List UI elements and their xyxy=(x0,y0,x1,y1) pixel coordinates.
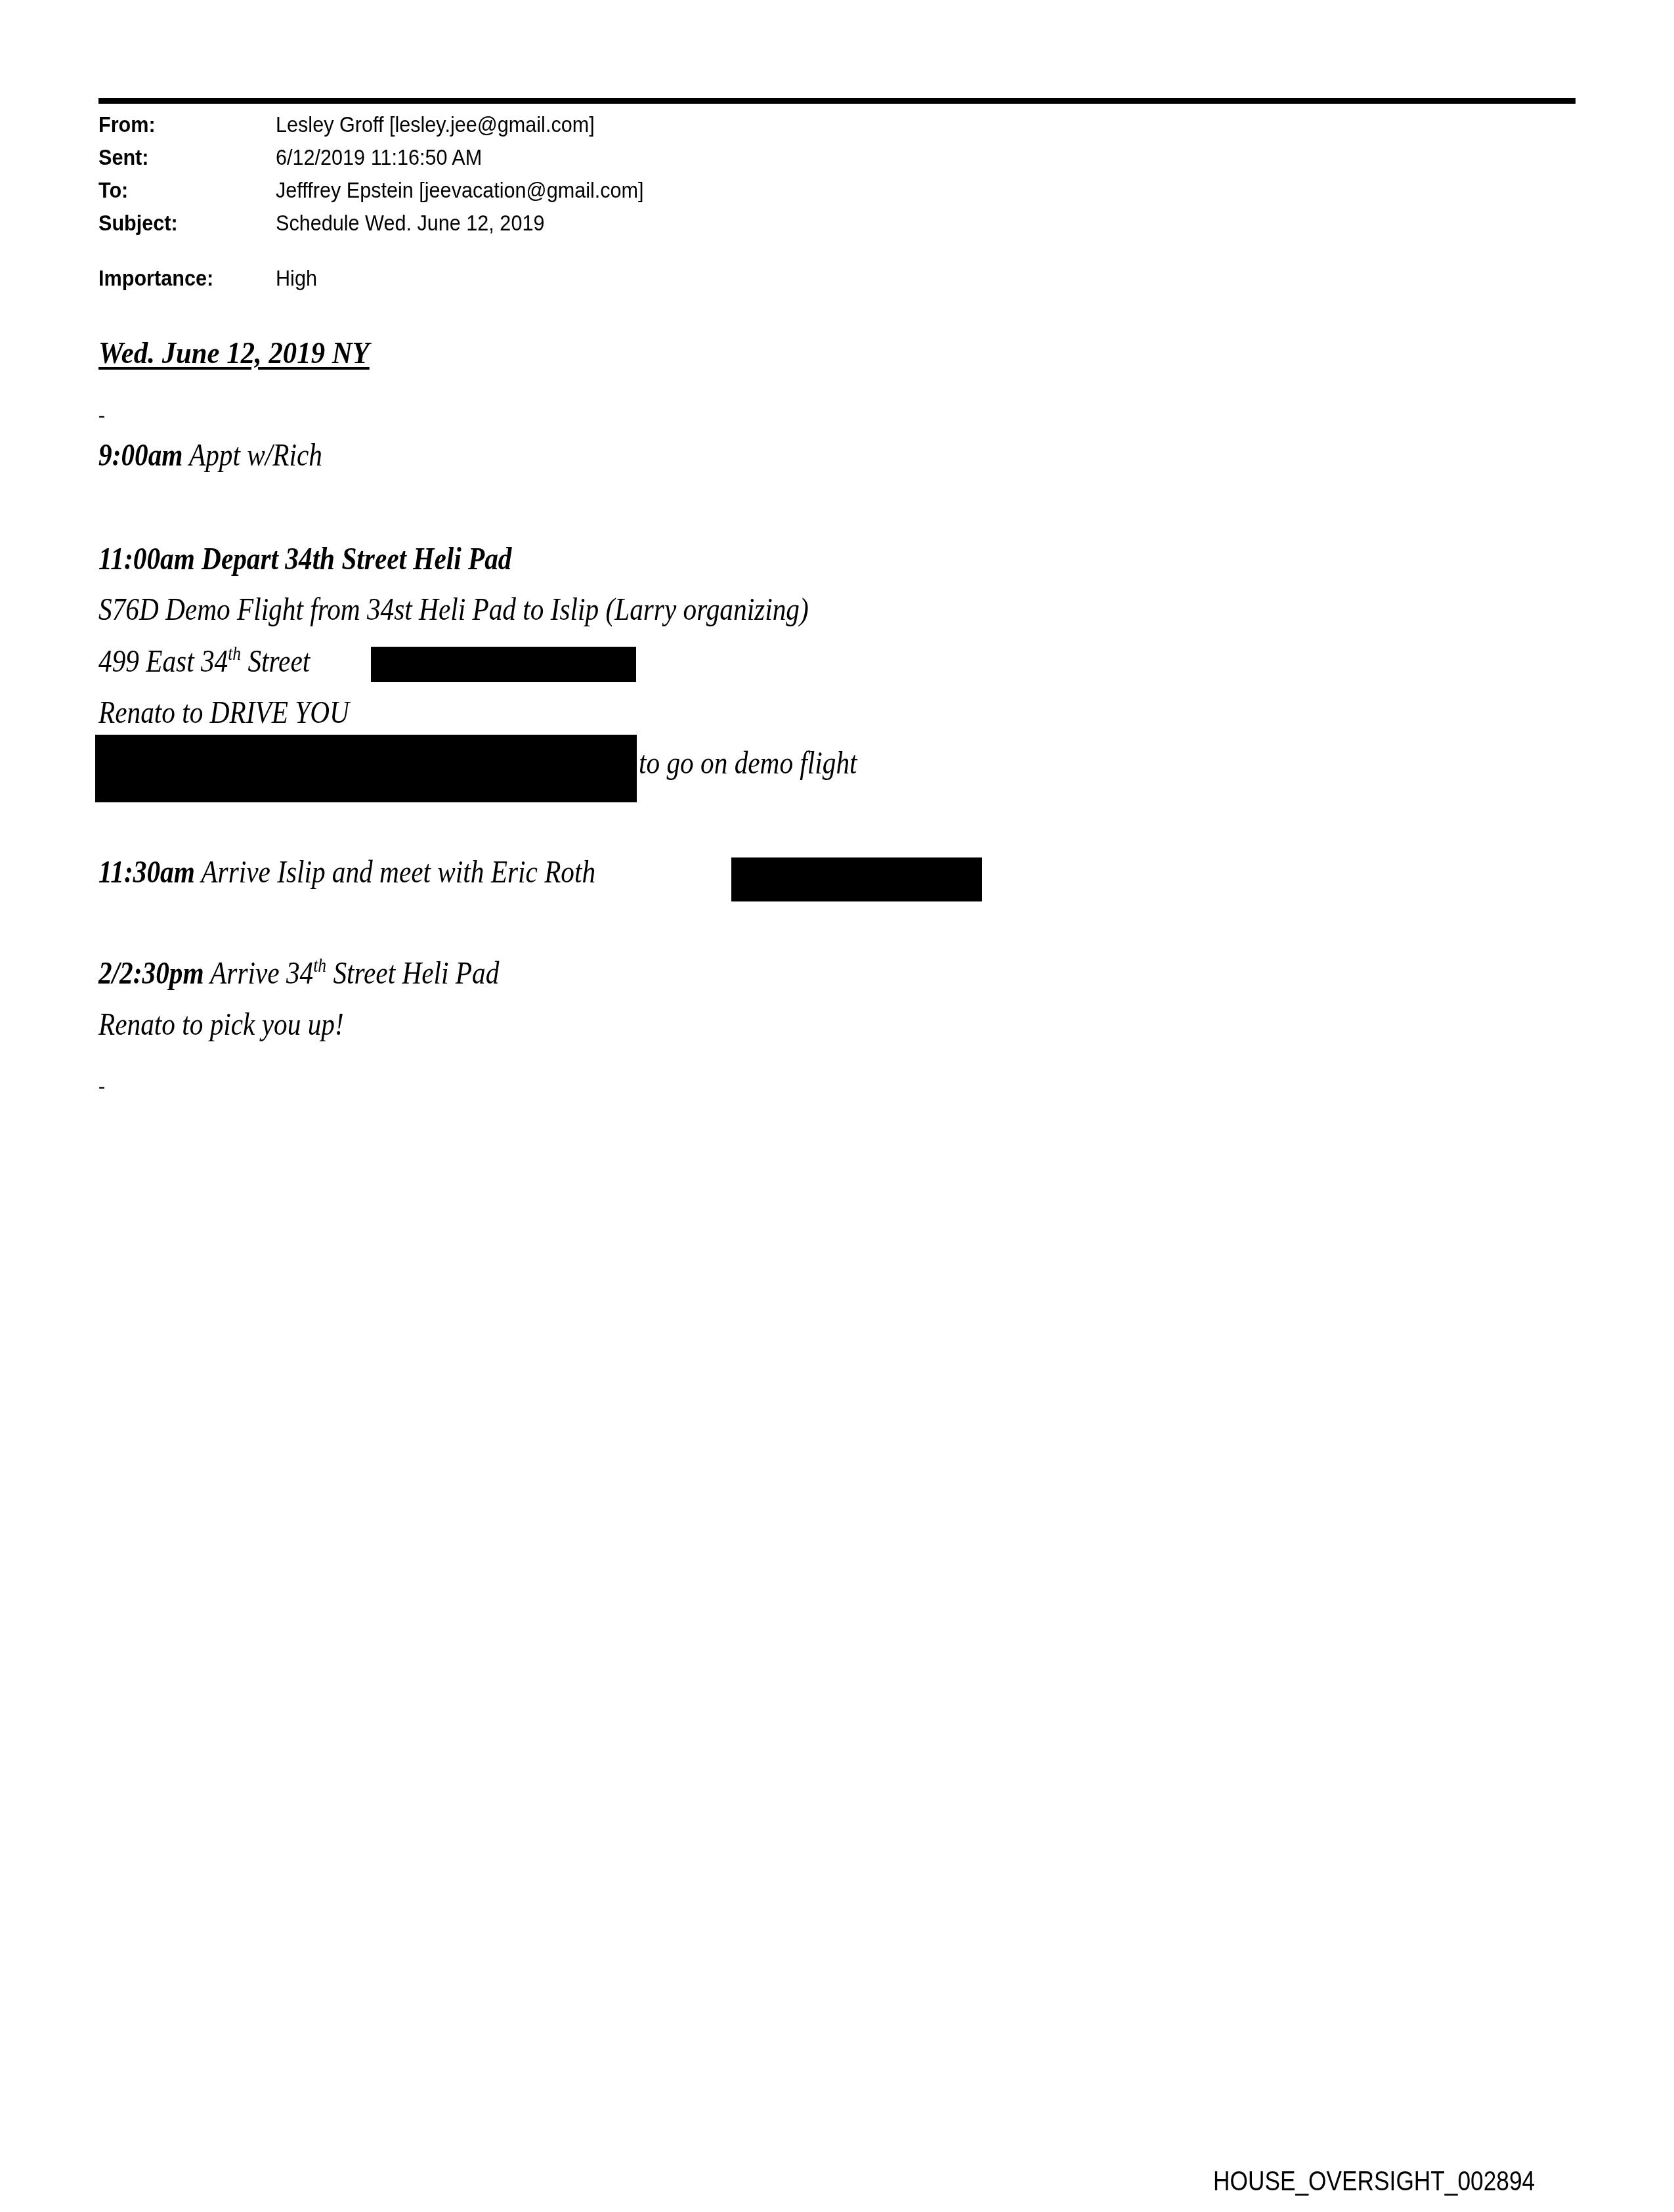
demo-flight-line: to go on demo flight xyxy=(639,745,857,782)
ordinal-suffix: th xyxy=(313,955,326,976)
redaction-block xyxy=(731,857,982,901)
bates-number: HOUSE_OVERSIGHT_002894 xyxy=(1213,2165,1535,2197)
ordinal-suffix: th xyxy=(228,643,241,664)
from-value: Lesley Groff [lesley.jee@gmail.com] xyxy=(276,112,595,138)
schedule-heading: Wed. June 12, 2019 NY xyxy=(98,335,370,372)
schedule-text: Depart 34th Street Heli Pad xyxy=(195,542,512,576)
schedule-item-1430: 2/2:30pm Arrive 34th Street Heli Pad xyxy=(98,955,499,992)
to-value: Jefffrey Epstein [jeevacation@gmail.com] xyxy=(276,177,644,204)
driver-line: Renato to DRIVE YOU xyxy=(98,695,349,731)
address-text-suffix: Street xyxy=(241,644,310,679)
subject-label: Subject: xyxy=(98,210,178,236)
pickup-line: Renato to pick you up! xyxy=(98,1007,344,1043)
schedule-item-1130: 11:30am Arrive Islip and meet with Eric … xyxy=(98,854,595,891)
to-label: To: xyxy=(98,177,128,204)
sent-value: 6/12/2019 11:16:50 AM xyxy=(276,144,482,171)
from-label: From: xyxy=(98,112,156,138)
header-divider-rule xyxy=(98,98,1576,104)
flight-details-line: S76D Demo Flight from 34st Heli Pad to I… xyxy=(98,592,809,628)
importance-value: High xyxy=(276,265,317,292)
sent-label: Sent: xyxy=(98,144,149,171)
document-page: From: Lesley Groff [lesley.jee@gmail.com… xyxy=(0,0,1674,2212)
address-text: 499 East 34 xyxy=(98,644,228,679)
schedule-text: Appt w/Rich xyxy=(182,438,322,473)
subject-value: Schedule Wed. June 12, 2019 xyxy=(276,210,544,236)
schedule-time: 11:30am xyxy=(98,855,195,890)
redaction-block xyxy=(371,647,636,682)
schedule-time: 9:00am xyxy=(98,438,182,473)
importance-label: Importance: xyxy=(98,265,213,292)
trailing-dash-marker: - xyxy=(98,1077,105,1096)
address-line: 499 East 34th Street xyxy=(98,643,310,680)
schedule-time: 2/2:30pm xyxy=(98,956,204,991)
dash-marker: - xyxy=(98,406,105,425)
schedule-text-suffix: Street Heli Pad xyxy=(326,956,499,991)
schedule-text: Arrive 34 xyxy=(204,956,314,991)
schedule-time: 11:00am xyxy=(98,542,195,576)
schedule-item-1100: 11:00am Depart 34th Street Heli Pad xyxy=(98,541,512,578)
schedule-text: Arrive Islip and meet with Eric Roth xyxy=(195,855,595,890)
schedule-item-0900: 9:00am Appt w/Rich xyxy=(98,437,322,474)
redaction-block xyxy=(95,735,637,802)
